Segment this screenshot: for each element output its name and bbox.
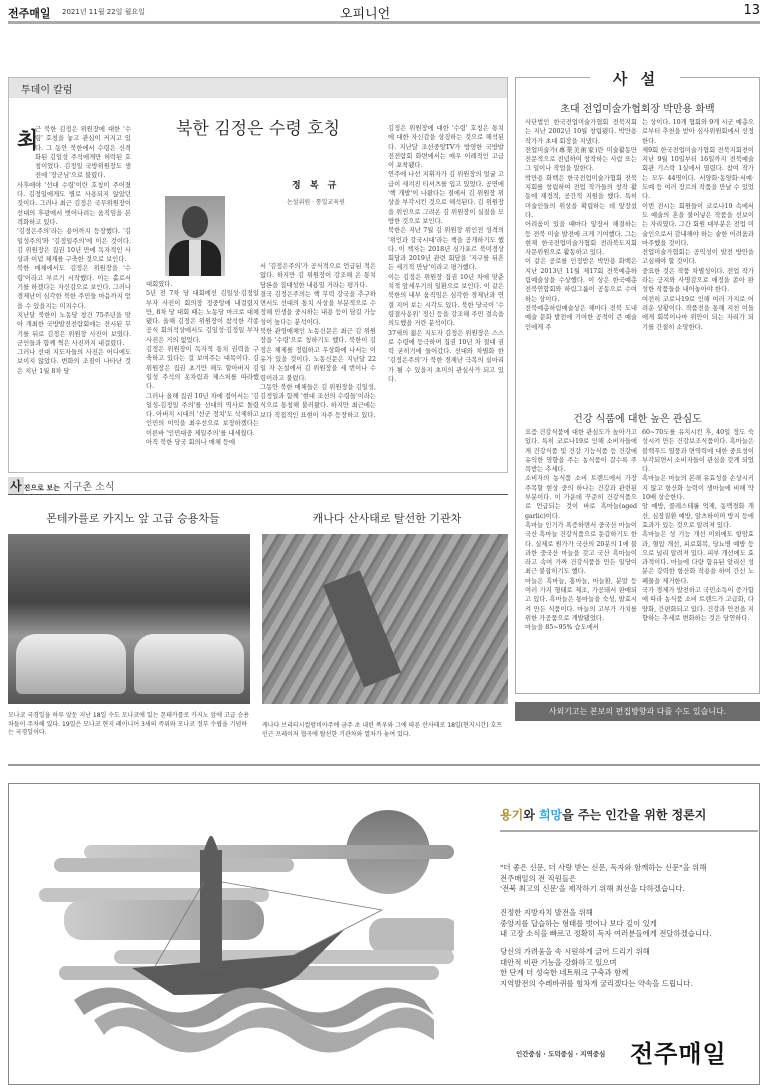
editorial-2-text-a: 요즘 건강식품에 대한 관심도가 높아가고 있다. 특히 코로나19로 인해 소… bbox=[525, 428, 637, 633]
editorial-1-text-b: 는 상이다. 10개 협회와 9개 시군 예총으로부터 추천을 받아 심사위원회… bbox=[642, 118, 754, 332]
issue-date: 2021년 11월 22일 월요일 bbox=[62, 7, 145, 17]
photo-title-2: 캐나다 산사태로 탈선한 기관차 bbox=[262, 510, 512, 526]
photo-news-header: 사진으로 보는 지구촌 소식 bbox=[8, 475, 508, 495]
author-photo bbox=[165, 196, 225, 276]
editorial-rule-left bbox=[515, 77, 590, 78]
column-tag: 투데이 칼럼 bbox=[9, 78, 507, 98]
column-text-c: 서 '김정은주의'가 공식적으로 언급된 적은 없다. 하지만 김 위원장이 강… bbox=[260, 262, 376, 420]
ad-slogan: 인간중심 · 도덕중심 · 지역중심 bbox=[516, 1049, 605, 1058]
photo-caption-1: 모나코 국경일을 하루 앞둔 지난 18일 수도 모나코에 있는 몬테카를로 카… bbox=[8, 712, 252, 738]
author-name: 정 복 규 bbox=[292, 178, 339, 191]
contributor-notice: 사외기고는 본보의 편집방향과 다를 수도 있습니다. bbox=[515, 702, 760, 721]
editorial-label: 사 설 bbox=[595, 68, 677, 89]
ship-illustration bbox=[14, 790, 454, 1080]
ad-paragraph-1: "더 좋은 신문, 더 사랑 받는 신문, 독자와 함께하는 신문"을 위해 전… bbox=[500, 863, 760, 895]
page-number: 13 bbox=[743, 3, 760, 18]
masthead-brand: 전주매일 bbox=[8, 5, 51, 21]
column-text-d: 김정은 위원장에 대한 '수령' 호칭은 통치에 대한 자신감을 상징하는 것으… bbox=[388, 124, 504, 384]
photo-derailed-train bbox=[262, 534, 508, 704]
section-divider bbox=[8, 764, 760, 766]
editorial-title-2: 건강 식품에 대한 높은 관심도 bbox=[515, 410, 760, 425]
editorial-1-text-a: 사단법인 한국전업미술가협회 전북지회는 지난 2002년 10월 창립됐다. … bbox=[525, 118, 637, 332]
author-role: 논설위원 · 통일교육원 bbox=[287, 197, 345, 206]
newspaper-logo: 전주매일 bbox=[630, 1034, 727, 1069]
ad-paragraph-3: 당신의 가려움을 속 시원하게 긁어 드리기 위해대안적 비판 기능을 강화하고… bbox=[500, 947, 760, 989]
column-text-b: 대회였다. 5년 전 7차 당 대회에선 김일성·김정일 부자 사진이 회의장 … bbox=[146, 280, 259, 447]
column-text-a: 근 북한 김정은 위원장에 대한 '수령' 호칭을 놓고 관심이 커지고 있다.… bbox=[17, 125, 131, 376]
photo-caption-2: 캐나다 브리티시컬럼비아주에 금주 초 내린 폭우와 그에 따른 산사태로 18… bbox=[262, 722, 508, 739]
editorial-title-1: 초대 전업미술가협회장 박만용 화백 bbox=[515, 100, 760, 115]
photo-title-1: 몬테카를로 카지노 앞 고급 승용차들 bbox=[8, 510, 258, 526]
editorial-rule-right bbox=[680, 77, 760, 78]
editorial-2-text-b: 60~70도를 유지시킨 후, 40일 정도 숙성시켜 만든 건강보조식품이다.… bbox=[642, 428, 754, 623]
ad-headline: 용기와 희망을 주는 인간을 위한 정론지 bbox=[500, 806, 706, 823]
section-title: 오피니언 bbox=[340, 3, 390, 22]
photo-monaco-cars bbox=[8, 534, 250, 704]
ad-paragraph-2: 진정한 지방자치 발전을 위해중앙지를 답습하는 형태를 벗어나 보다 깊이 있… bbox=[500, 908, 760, 940]
ad-headline-rule bbox=[500, 830, 758, 832]
header-divider bbox=[8, 21, 760, 24]
